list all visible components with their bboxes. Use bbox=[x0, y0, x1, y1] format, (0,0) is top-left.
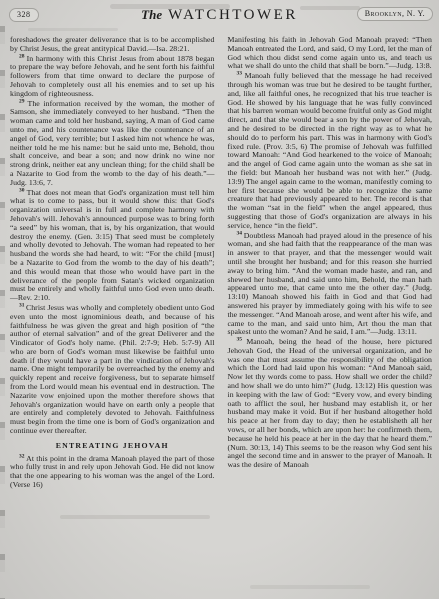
paragraph-number: 28 bbox=[19, 53, 27, 59]
paragraph: 30 That does not mean that God's organiz… bbox=[10, 189, 215, 303]
section-heading: ENTREATING JEHOVAH bbox=[10, 442, 215, 451]
masthead-title: WATCHTOWER bbox=[168, 7, 298, 23]
text-columns: foreshadows the greater deliverance that… bbox=[0, 33, 439, 596]
binding-edge-artifact bbox=[0, 0, 5, 599]
paragraph: 34 Doubtless Manoah had prayed aloud in … bbox=[228, 232, 433, 338]
scan-smudge bbox=[60, 515, 210, 519]
paragraph-number: 33 bbox=[237, 71, 245, 77]
paragraph-number: 30 bbox=[19, 187, 27, 193]
paragraph: 28 In harmony with this Christ Jesus fro… bbox=[10, 55, 215, 99]
paragraph-number: 34 bbox=[237, 230, 244, 236]
location-badge: Brooklyn, N. Y. bbox=[357, 7, 433, 21]
paragraph: foreshadows the greater deliverance that… bbox=[10, 36, 215, 54]
right-column: Manifesting his faith in Jehovah God Man… bbox=[228, 36, 433, 596]
paragraph: 29 The information received by the woman… bbox=[10, 100, 215, 188]
paragraph: 33 Manoah fully believed that the messag… bbox=[228, 72, 433, 230]
scan-smudge bbox=[250, 585, 370, 589]
paragraph: Manifesting his faith in Jehovah God Man… bbox=[228, 36, 433, 71]
paragraph-number: 35 bbox=[237, 337, 247, 343]
paragraph-number: 31 bbox=[19, 302, 26, 308]
paragraph: 35 Manoah, being the head of the house, … bbox=[228, 338, 433, 470]
left-column: foreshadows the greater deliverance that… bbox=[10, 36, 215, 596]
magazine-page: 328 The WATCHTOWER Brooklyn, N. Y. fores… bbox=[0, 0, 439, 599]
page-header: 328 The WATCHTOWER Brooklyn, N. Y. bbox=[0, 0, 439, 33]
paragraph: 31 Christ Jesus was wholly and completel… bbox=[10, 304, 215, 436]
masthead-the-word: The bbox=[141, 7, 162, 22]
paragraph-number: 32 bbox=[19, 453, 26, 459]
paragraph: 32 At this point in the drama Manoah pla… bbox=[10, 455, 215, 490]
paragraph-number: 29 bbox=[19, 98, 28, 104]
